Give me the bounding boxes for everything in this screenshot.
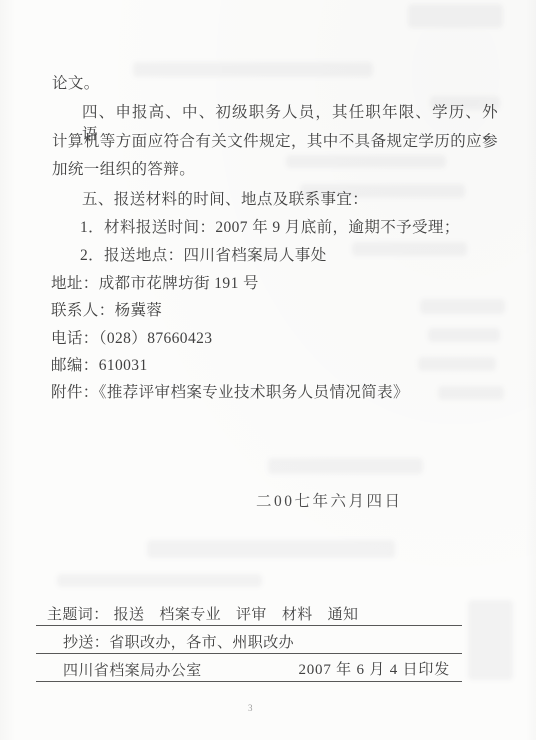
body-line: 五、报送材料的时间、地点及联系事宜： — [82, 187, 368, 209]
subject-keyword: 材料 — [282, 607, 313, 623]
subject-keywords-label: 主题词： — [47, 607, 109, 623]
body-line: 2．报送地点：四川省档案局人事处 — [80, 243, 327, 265]
subject-keywords-row: 主题词：报送档案专业评审材料通知 — [36, 603, 462, 626]
body-line-contact: 联系人：杨冀蓉 — [51, 298, 162, 320]
bleedthrough-smudge — [286, 155, 446, 168]
subject-keyword: 档案专业 — [159, 607, 221, 623]
doc-date: 二00七年六月四日 — [256, 489, 403, 511]
bleedthrough-smudge — [133, 62, 373, 77]
subject-keyword: 评审 — [236, 607, 267, 623]
page-number: 3 — [248, 703, 253, 713]
body-line: 计算机等方面应符合有关文件规定，其中不具备规定学历的应参 — [52, 129, 498, 151]
bleedthrough-smudge — [418, 357, 496, 371]
cc-label: 抄送： — [63, 635, 109, 651]
subject-keyword: 通知 — [328, 607, 359, 623]
issuer-name: 四川省档案局办公室 — [63, 663, 202, 679]
bleedthrough-smudge — [352, 242, 467, 256]
bleedthrough-smudge — [468, 600, 513, 680]
body-line: 加统一组织的答辩。 — [52, 157, 195, 179]
bleedthrough-smudge — [268, 458, 423, 474]
bleedthrough-smudge — [408, 4, 503, 28]
body-line-attachment: 附件：《推荐评审档案专业技术职务人员情况简表》 — [51, 380, 409, 402]
subject-keyword: 报送 — [114, 607, 145, 623]
print-date: 2007 年 6 月 4 日印发 — [298, 658, 450, 679]
bleedthrough-smudge — [147, 540, 395, 558]
body-line: 论文。 — [52, 71, 100, 93]
issuer-row: 四川省档案局办公室 2007 年 6 月 4 日印发 — [36, 659, 462, 682]
scanned-document-page: 论文。 四、申报高、中、初级职务人员，其任职年限、学历、外语、 计算机等方面应符… — [0, 0, 536, 740]
body-line-phone: 电话：（028）87660423 — [51, 326, 212, 348]
bleedthrough-smudge — [57, 574, 262, 587]
body-line: 1．材料报送时间：2007 年 9 月底前，逾期不予受理； — [80, 215, 460, 237]
bleedthrough-smudge — [438, 386, 504, 400]
cc-row: 抄送：省职改办，各市、州职改办 — [36, 631, 462, 654]
body-line-postcode: 邮编：610031 — [51, 353, 148, 375]
cc-value: 省职改办，各市、州职改办 — [109, 635, 294, 651]
bleedthrough-smudge — [420, 299, 505, 314]
body-line-address: 地址：成都市花牌坊街 191 号 — [51, 271, 259, 293]
bleedthrough-smudge — [428, 328, 500, 342]
